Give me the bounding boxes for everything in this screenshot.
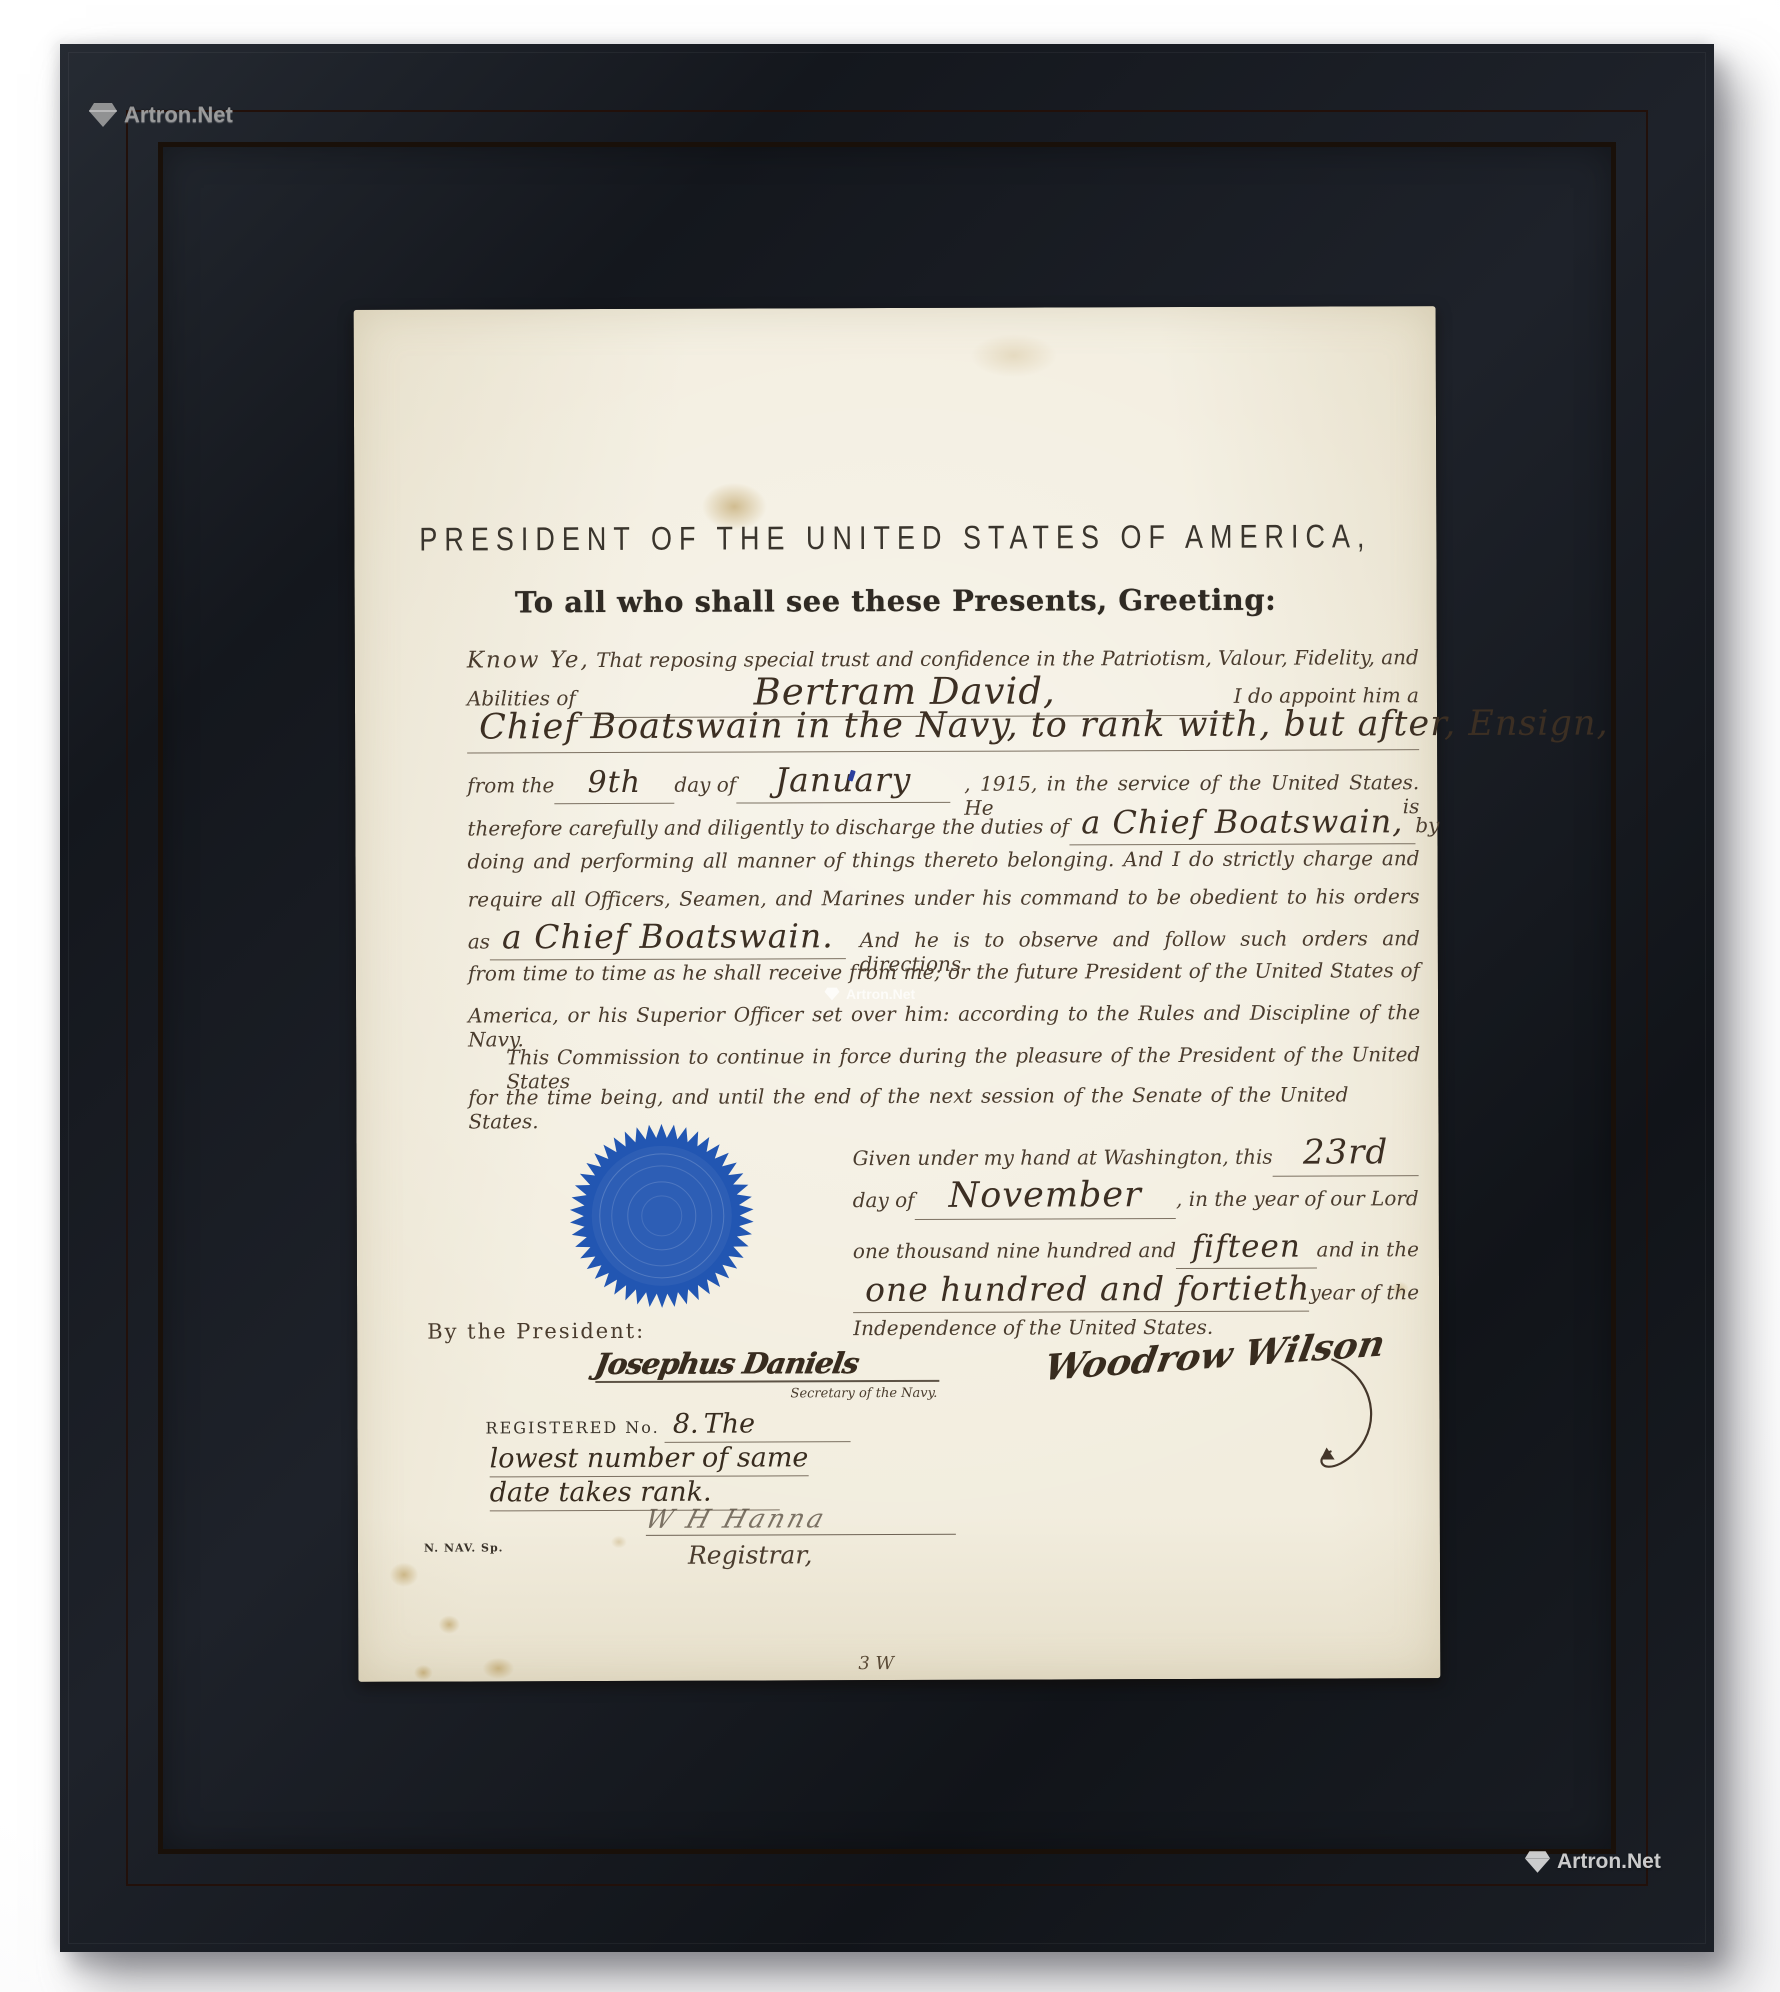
stain [476, 1653, 520, 1683]
secretary-signature-block: Josephus Daniels [595, 1346, 939, 1383]
rank-text: Chief Boatswain in the Navy, to rank wit… [479, 704, 1609, 748]
duties-rank: a Chief Boatswain, [1081, 802, 1403, 841]
registrar-signature-block: W H Hanna [646, 1504, 956, 1536]
stain [384, 1558, 424, 1592]
body-line-doing: doing and performing all manner of thing… [467, 846, 1419, 873]
given-line-2: day of November , in the year of our Lor… [853, 1174, 1419, 1220]
document-title: PRESIDENT OF THE UNITED STATES OF AMERIC… [354, 521, 1436, 556]
date-pre: from the [467, 773, 554, 797]
registrar-signature-text: W H Hanna [642, 1504, 831, 1535]
pencil-note: 3 W [858, 1653, 894, 1674]
as-rank: a Chief Boatswain. [502, 916, 834, 956]
as-fill-in: a Chief Boatswain. [490, 916, 846, 960]
given-year: fifteen [1192, 1229, 1301, 1265]
stain [954, 325, 1074, 385]
duties-pre: therefore carefully and diligently to di… [467, 814, 1069, 840]
given3-post: and in the [1316, 1237, 1418, 1261]
independence-year-fill: one hundred and fortieth [853, 1269, 1310, 1314]
given-line-4: one hundred and fortieth year of the [853, 1268, 1419, 1313]
given2-post: , in the year of our Lord [1176, 1186, 1419, 1211]
day-fill-in: 9th [554, 765, 674, 804]
rank-fill-in: Chief Boatswain in the Navy, to rank wit… [467, 704, 1419, 753]
duties-post: by [1415, 813, 1439, 837]
registered-note-2: lowest number of same [490, 1442, 809, 1477]
given-month-fill: November [914, 1175, 1176, 1220]
month-value: January [775, 760, 912, 799]
given-year-fill: fifteen [1176, 1229, 1317, 1269]
stain [410, 1662, 436, 1684]
body-line-from-time: from time to time as he shall receive fr… [468, 958, 1420, 985]
body-line-duties: therefore carefully and diligently to di… [467, 802, 1419, 847]
registered-note-line-2: lowest number of same [490, 1442, 809, 1477]
stain [608, 1533, 630, 1551]
stain [434, 1612, 464, 1638]
given-month: November [949, 1175, 1142, 1216]
given-line-1: Given under my hand at Washington, this … [852, 1132, 1418, 1178]
given-day-fill: 23rd [1273, 1132, 1419, 1177]
secretary-title: Secretary of the Navy. [697, 1386, 937, 1402]
body-line-require: require all Officers, Seamen, and Marine… [468, 884, 1420, 911]
given-pre: Given under my hand at Washington, this [853, 1145, 1273, 1170]
given-day: 23rd [1303, 1132, 1388, 1172]
independence-year: one hundred and fortieth [865, 1269, 1310, 1310]
month-fill-in: January [736, 760, 950, 804]
registered-number: 8. [673, 1409, 699, 1440]
photo-background: PRESIDENT OF THE UNITED STATES OF AMERIC… [0, 0, 1780, 1992]
registered-number-fill: 8. The [665, 1408, 851, 1443]
navy-department-seal [568, 1122, 755, 1309]
registered-note-1: The [704, 1408, 755, 1439]
registrar-title: Registrar, [688, 1540, 813, 1569]
secretary-signature-text: Josephus Daniels [592, 1346, 860, 1381]
form-number: N. NAV. Sp. [424, 1541, 504, 1554]
duties-fill-in: a Chief Boatswain, [1069, 802, 1415, 845]
date-mid: day of [674, 773, 736, 797]
given3-pre: one thousand nine hundred and [853, 1238, 1176, 1263]
body-line-rank: Chief Boatswain in the Navy, to rank wit… [467, 704, 1419, 753]
know-ye-lead: Know Ye, [467, 647, 590, 673]
given2-pre: day of [853, 1188, 915, 1212]
salutation-line: To all who shall see these Presents, Gre… [355, 582, 1437, 620]
given-line-3: one thousand nine hundred and fifteen an… [853, 1228, 1419, 1270]
day-value: 9th [588, 765, 642, 800]
by-the-president-label: By the President: [427, 1319, 645, 1344]
registered-line: REGISTERED No. 8. The [485, 1408, 850, 1443]
registered-label: REGISTERED No. [485, 1418, 659, 1438]
signature-flourish [1262, 1351, 1393, 1501]
commission-document: PRESIDENT OF THE UNITED STATES OF AMERIC… [354, 306, 1441, 1682]
given4-post: year of the [1309, 1280, 1419, 1304]
as-pre: as [468, 929, 490, 953]
